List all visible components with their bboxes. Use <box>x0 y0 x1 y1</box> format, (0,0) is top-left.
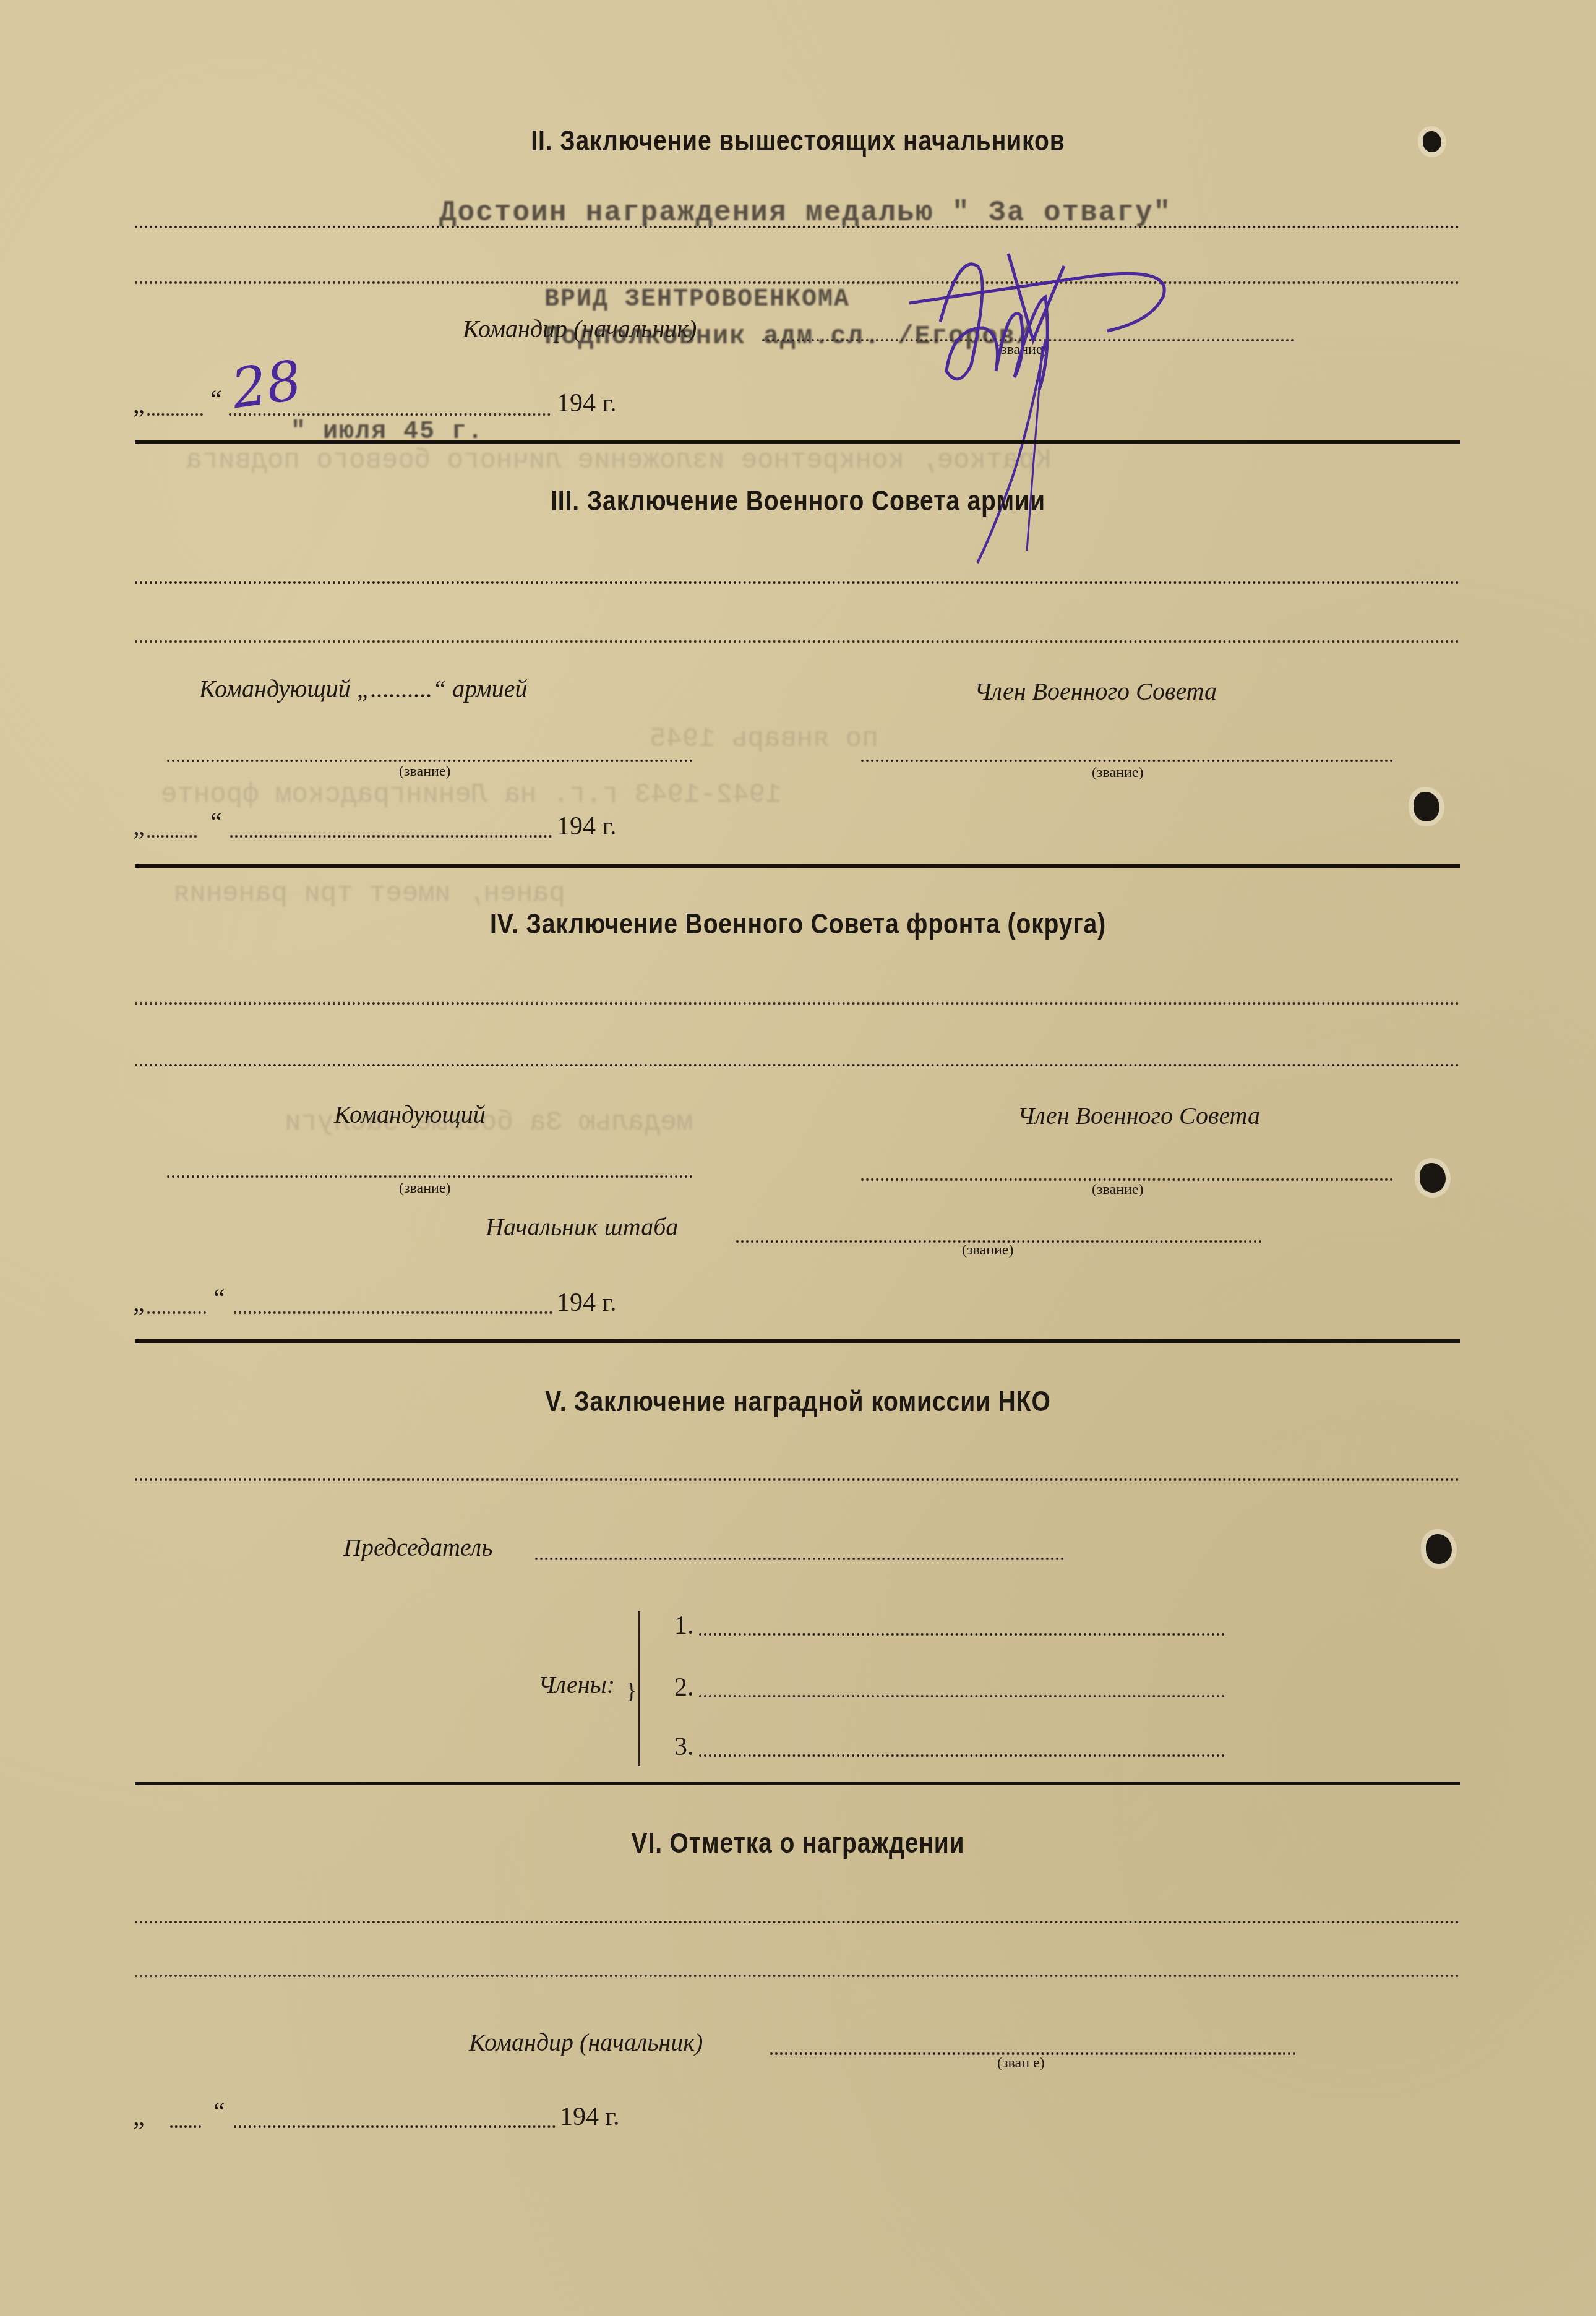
council-member-label: Член Военного Совета <box>1018 1101 1260 1130</box>
commander-signature-line[interactable] <box>167 760 693 762</box>
bleed-through-text: 1942-1943 г.г. на Ленинградском фронте <box>161 779 781 810</box>
conclusion-line[interactable] <box>135 1064 1460 1066</box>
section-heading: V. Заключение наградной комиссии НКО <box>120 1384 1477 1418</box>
section-divider <box>135 1339 1460 1343</box>
signature-icon <box>903 229 1188 575</box>
date-close-quote: “ <box>213 2097 225 2127</box>
handwritten-day: 28 <box>228 348 305 421</box>
date-month-line[interactable] <box>234 1311 552 1314</box>
conclusion-line[interactable] <box>135 1002 1460 1005</box>
section-heading: VI. Отметка о награждении <box>120 1826 1477 1859</box>
year-prefix: 194 г. <box>557 812 617 841</box>
commander-signature-line[interactable] <box>167 1175 693 1178</box>
chief-of-staff-label: Начальник штаба <box>486 1212 678 1242</box>
section-divider <box>135 864 1460 868</box>
member-signature-line[interactable] <box>699 1633 1225 1636</box>
date-month-line[interactable] <box>234 2125 556 2128</box>
date-month-line[interactable] <box>230 835 552 838</box>
bleed-through-text: ранен, имеет три ранения <box>173 878 565 909</box>
date-open-quote: „ <box>133 1288 145 1318</box>
conclusion-line[interactable] <box>135 1478 1460 1481</box>
army-commander-label: Командующий „..........“ армией <box>199 674 528 703</box>
conclusion-line[interactable] <box>135 640 1460 643</box>
member-signature-line[interactable] <box>861 760 1393 762</box>
rank-caption: (звание) <box>1092 765 1143 781</box>
bleed-through-text: по январь 1945 <box>650 724 878 755</box>
date-day-line[interactable] <box>147 413 203 416</box>
signer-label: Командир (начальник) <box>469 2028 703 2057</box>
brace-tip: } <box>626 1678 637 1704</box>
member-number: 2. <box>674 1673 694 1702</box>
council-member-label: Член Военного Совета <box>974 677 1217 706</box>
member-number: 3. <box>674 1732 694 1762</box>
date-close-quote: “ <box>213 1284 225 1313</box>
conclusion-line[interactable] <box>135 281 1460 284</box>
date-day-line[interactable] <box>170 2125 201 2128</box>
member-number: 1. <box>674 1611 694 1640</box>
year-prefix: 194 г. <box>557 388 617 418</box>
date-day-line[interactable] <box>147 835 197 838</box>
typed-conclusion: Достоин награждения медалью " За отвагу" <box>439 197 1172 229</box>
member-signature-line[interactable] <box>699 1754 1225 1757</box>
section-heading: IV. Заключение Военного Совета фронта (о… <box>120 907 1477 940</box>
date-open-quote: „ <box>133 812 145 841</box>
section-divider <box>135 1782 1460 1785</box>
members-bracket <box>638 1611 640 1766</box>
members-label: Члены: <box>538 1670 615 1699</box>
member-signature-line[interactable] <box>861 1178 1393 1181</box>
chairman-label: Председатель <box>343 1533 492 1562</box>
date-open-quote: „ <box>133 390 145 419</box>
conclusion-line[interactable] <box>135 581 1460 584</box>
member-signature-line[interactable] <box>699 1695 1225 1697</box>
punch-hole <box>1414 792 1439 821</box>
year-prefix: 194 г. <box>560 2102 620 2132</box>
punch-hole <box>1426 1534 1452 1564</box>
front-commander-label: Командующий <box>334 1100 486 1129</box>
chairman-signature-line[interactable] <box>535 1558 1064 1560</box>
conclusion-line[interactable] <box>135 1921 1460 1923</box>
rank-caption: (звание) <box>962 1242 1013 1259</box>
date-close-quote: “ <box>210 385 222 414</box>
year-prefix: 194 г. <box>557 1288 617 1318</box>
date-open-quote: „ <box>133 2102 145 2132</box>
section-heading: II. Заключение вышестоящих начальников <box>120 124 1477 157</box>
rank-caption: (звание) <box>1092 1182 1143 1198</box>
section-heading: III. Заключение Военного Совета армии <box>120 484 1477 517</box>
rank-caption: (зван е) <box>997 2055 1045 2072</box>
date-close-quote: “ <box>210 807 222 837</box>
punch-hole <box>1420 1163 1446 1193</box>
rank-caption: (звание) <box>399 1180 450 1197</box>
rank-caption: (звание) <box>399 763 450 780</box>
date-day-line[interactable] <box>147 1311 206 1314</box>
section-divider <box>135 440 1460 444</box>
conclusion-line[interactable] <box>135 1975 1460 1977</box>
typed-position: ВРИД ЗЕНТРОВОЕНКОМА <box>544 286 850 314</box>
